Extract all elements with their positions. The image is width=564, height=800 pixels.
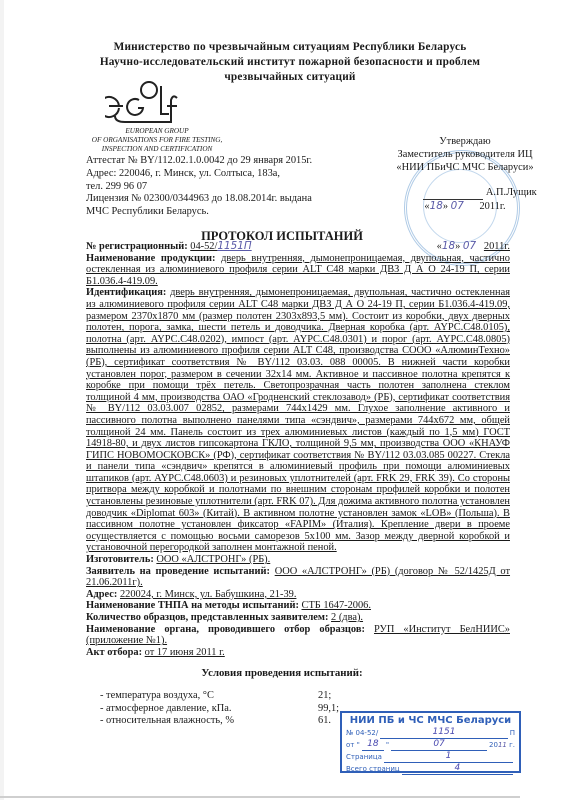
approval-block: Утверждаю Заместитель руководителя ИЦ «Н… (370, 135, 560, 213)
conditions-list: - температура воздуха, °С21; - атмосферн… (100, 690, 339, 728)
stamp-total-label: Всего страниц (346, 764, 400, 775)
header-line-2: Научно-исследовательский институт пожарн… (60, 55, 520, 70)
sampler-field: Наименование органа, проводившего отбор … (86, 624, 510, 647)
manufacturer-label: Изготовитель: (86, 554, 154, 565)
manufacturer-field: Изготовитель: ООО «АЛСТРОНГ» (РБ). (86, 554, 510, 566)
condition-value: 21; (318, 690, 331, 703)
tnpa-field: Наименование ТНПА на методы испытаний: С… (86, 600, 510, 612)
stamp-number-value: 1151 (380, 727, 508, 739)
egolf-caption-3: INSPECTION AND CERTIFICATION (62, 145, 252, 154)
egolf-caption-1: EUROPEAN GROUP (62, 127, 252, 136)
condition-label: - температура воздуха, °С (100, 690, 318, 703)
reg-year: 2011г. (484, 241, 510, 252)
address-value: 220024, г. Минск, ул. Бабушкина, 21-39. (120, 589, 296, 600)
registration-stamp: НИИ ПБ и ЧС МЧС Беларуси № 04-52/1151П о… (340, 711, 521, 773)
stamp-number-label: № 04-52/ (346, 728, 378, 739)
sample-count-label: Количество образцов, представленных заяв… (86, 612, 328, 623)
stamp-date-label: от (346, 740, 354, 751)
condition-label: - атмосферное давление, кПа. (100, 703, 318, 716)
address-line: Адрес: 220046, г. Минск, ул. Солтыса, 18… (86, 168, 312, 181)
stamp-year-suffix: г. (509, 740, 515, 751)
tnpa-label: Наименование ТНПА на методы испытаний: (86, 600, 299, 611)
approval-month: 07 (451, 200, 464, 212)
stamp-total-value: 4 (402, 763, 513, 775)
stamp-day: 18 (362, 739, 384, 751)
tnpa-value: СТБ 1647-2006. (302, 600, 371, 611)
identification-field: Идентификация: дверь внутренняя, дымонеп… (86, 287, 510, 554)
license-line: Лицензия № 02300/0344963 до 18.08.2014г.… (86, 193, 312, 206)
stamp-month: 07 (391, 739, 487, 751)
address-label: Адрес: (86, 589, 117, 600)
sampling-act-label: Акт отбора: (86, 647, 142, 658)
stamp-year-value: 11 (498, 740, 507, 751)
reg-label: № регистрационный: (86, 241, 188, 252)
sampler-label: Наименование органа, проводившего отбор … (86, 624, 365, 635)
manufacturer-value: ООО «АЛСТРОНГ» (РБ). (156, 554, 270, 565)
conditions-title-text: Условия проведения испытаний (201, 667, 359, 679)
scan-left-edge (0, 0, 4, 800)
condition-value: 61. (318, 715, 331, 728)
stamp-page-label: Страница (346, 752, 382, 763)
approval-heading: Утверждаю (370, 135, 560, 148)
condition-row: - относительная влажность, %61. (100, 715, 339, 728)
condition-row: - температура воздуха, °С21; (100, 690, 339, 703)
address-field: Адрес: 220024, г. Минск, ул. Бабушкина, … (86, 589, 510, 601)
approval-year: 2011г. (479, 201, 505, 212)
applicant-field: Заявитель на проведение испытаний: ООО «… (86, 566, 510, 589)
sampling-act-value: от 17 июня 2011 г. (145, 647, 225, 658)
reg-prefix: 04-52/ (190, 241, 217, 252)
approval-org: «НИИ ПБиЧС МЧС Беларуси» (370, 161, 560, 174)
sampling-act-field: Акт отбора: от 17 июня 2011 г. (86, 647, 510, 659)
header-line-1: Министерство по чрезвычайным ситуациям Р… (60, 40, 520, 55)
document-page: Министерство по чрезвычайным ситуациям Р… (0, 0, 564, 800)
sample-count-value: 2 (два). (331, 612, 363, 623)
approval-position: Заместитель руководителя ИЦ (370, 148, 560, 161)
scan-bottom-edge (0, 796, 520, 798)
attestat-line: Аттестат № BY/112.02.1.0.0042 до 29 янва… (86, 155, 312, 168)
product-field: Наименование продукции: дверь внутренняя… (86, 253, 510, 288)
identification-value: дверь внутренняя, дымонепроницаемая, дву… (86, 287, 510, 553)
license-issuer-line: МЧС Республики Беларусь. (86, 206, 312, 219)
condition-row: - атмосферное давление, кПа.99,1; (100, 703, 339, 716)
stamp-title: НИИ ПБ и ЧС МЧС Беларуси (346, 715, 515, 727)
reg-number-handwritten: 1151П (217, 240, 251, 252)
signature-line (423, 186, 483, 200)
reg-day: 18 (442, 240, 455, 252)
sample-count-field: Количество образцов, представленных заяв… (86, 612, 510, 624)
signer-name: А.П.Лущик (486, 187, 537, 198)
stamp-number-suffix: П (510, 728, 515, 739)
egolf-caption: EUROPEAN GROUP OF ORGANISATIONS FOR FIRE… (62, 127, 252, 154)
registration-line: № регистрационный: 04-52/1151П «18» 07 2… (86, 241, 510, 253)
protocol-body: № регистрационный: 04-52/1151П «18» 07 2… (86, 241, 510, 658)
accreditation-info: Аттестат № BY/112.02.1.0.0042 до 29 янва… (86, 155, 312, 219)
product-label: Наименование продукции: (86, 253, 215, 264)
phone-line: тел. 299 96 07 (86, 181, 312, 194)
approval-day: 18 (430, 200, 443, 212)
reg-month: 07 (463, 240, 476, 252)
egolf-logo-icon (105, 78, 185, 126)
applicant-label: Заявитель на проведение испытаний: (86, 566, 270, 577)
stamp-year-prefix: 20 (489, 740, 498, 751)
identification-label: Идентификация: (86, 287, 166, 298)
egolf-caption-2: OF ORGANISATIONS FOR FIRE TESTING, (62, 136, 252, 145)
condition-label: - относительная влажность, % (100, 715, 318, 728)
condition-value: 99,1; (318, 703, 339, 716)
conditions-title: Условия проведения испытаний: (0, 667, 564, 679)
stamp-page-value: 1 (384, 751, 513, 763)
